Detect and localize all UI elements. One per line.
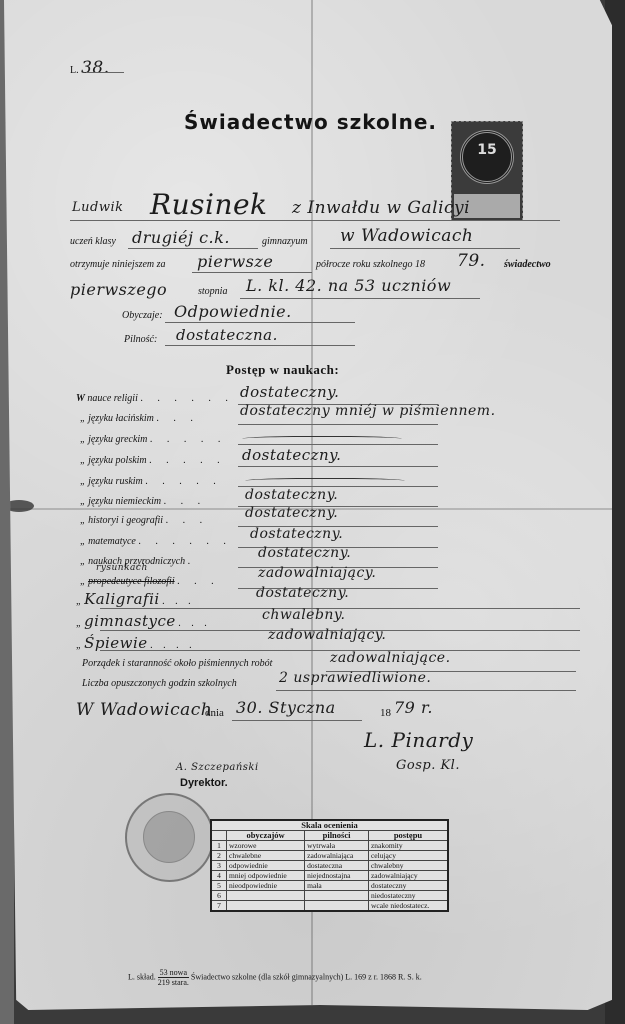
scale-row: 3 odpowiednie dostateczna chwalebny (211, 861, 448, 871)
scale-row: 2 chwalebne zadowalniająca celujący (211, 851, 448, 861)
term-middle-label: półrocze roku szkolnego 18 (316, 259, 425, 270)
scale-progress: dostateczny (368, 881, 448, 891)
scale-number: 6 (211, 891, 227, 901)
diligence-value: dostateczna. (176, 326, 278, 344)
date-year-value: 79 r. (394, 698, 433, 717)
rank-value: L. kl. 42. na 53 uczniów (246, 276, 451, 295)
subject-grade-gymnastics: chwalebny. (262, 607, 345, 623)
subject-grade-drawing: zadowalniający. (258, 565, 376, 581)
school-value: w Wadowicach (340, 226, 473, 246)
date-underline (232, 720, 362, 721)
subject-label: języku greckim (88, 434, 147, 445)
scale-conduct (227, 901, 305, 912)
dnia-label: dnia (205, 707, 224, 719)
date-day-month: 30. Styczna (236, 698, 336, 717)
subject-label: języku niemieckim (88, 496, 161, 507)
scale-number: 7 (211, 901, 227, 912)
scale-conduct: chwalebne (227, 851, 305, 861)
scale-progress: zadowalniający (368, 871, 448, 881)
scale-conduct (227, 891, 305, 901)
date-year-label: 18 (380, 707, 391, 719)
subject-label: Kaligrafii (84, 590, 160, 608)
gimnazyum-label: gimnazyum (262, 236, 308, 247)
progress-heading: Postęp w naukach: (226, 362, 339, 378)
scale-diligence (305, 901, 369, 912)
grade-line (238, 444, 438, 445)
subject-row-german: „ języku niemieckim . . . (80, 496, 206, 507)
student-origin: z Inwałdu w Galicyi (292, 198, 470, 218)
footer-fraction-bottom: 219 stara. (158, 978, 189, 987)
scale-conduct: odpowiednie (227, 861, 305, 871)
order-label: Porządek i staranność około piśmiennych … (82, 658, 272, 669)
scale-number: 1 (211, 841, 227, 851)
student-first-name: Ludwik (72, 200, 124, 215)
term-label: otrzymuje niniejszem za (70, 259, 166, 270)
class-label: uczeń klasy (70, 236, 116, 247)
scale-header-number (211, 831, 227, 841)
term-underline (192, 272, 312, 273)
class-value: drugiéj c.k. (132, 228, 230, 247)
name-line (70, 220, 560, 221)
print-footer: L. skład. 53 nowa 219 stara. Świadectwo … (128, 968, 422, 987)
scale-diligence: wytrwała (305, 841, 369, 851)
class-teacher-signature: L. Pinardy (364, 728, 473, 752)
order-value: zadowalniające. (330, 650, 451, 666)
subject-label: historyi i geografii (88, 515, 163, 526)
scale-conduct: mniej odpowiednie (227, 871, 305, 881)
scale-row: 4 mniej odpowiednie niejednostajna zadow… (211, 871, 448, 881)
subject-grade-natural-sciences: dostateczny. (258, 545, 351, 561)
stopnia-label: stopnia (198, 286, 227, 297)
subject-label: nauce religii (87, 393, 137, 404)
degree-value: pierwszego (70, 280, 167, 299)
scale-row: 7 wcale niedostatecz. (211, 901, 448, 912)
subject-row-greek: „ języku greckim . . . . . (80, 434, 226, 445)
rank-underline (240, 298, 480, 299)
subject-label-struck: propedeutyce filozofii (88, 576, 175, 587)
grade-line (238, 424, 438, 425)
subject-prefix: „ (80, 434, 86, 445)
scale-header-diligence: pilności (305, 831, 369, 841)
subject-row-religion: W nauce religii . . . . . . (76, 393, 234, 404)
document-number: L. 38. (70, 58, 110, 78)
subject-prefix: „ (76, 596, 82, 607)
subject-prefix: „ (80, 413, 86, 424)
subject-row-math: „ matematyce . . . . . . (80, 536, 232, 547)
subject-prefix: „ (80, 496, 86, 507)
document-title: Świadectwo szkolne. (184, 110, 437, 134)
swiadectwo-label: świadectwo (504, 259, 551, 270)
scale-row: 1 wzorowe wytrwała znakomity (211, 841, 448, 851)
subject-prefix: „ (80, 556, 86, 567)
scale-header-conduct: obyczajów (227, 831, 305, 841)
scale-header-progress: postępu (368, 831, 448, 841)
subject-grade-religion: dostateczny. (240, 383, 339, 401)
eagle-emblem-icon (143, 811, 195, 863)
subject-label: matematyce (88, 536, 136, 547)
scale-progress: chwalebny (368, 861, 448, 871)
subject-label: języku ruskim (88, 476, 143, 487)
official-seal (125, 793, 214, 882)
footer-fraction-top: 53 nowa (158, 968, 189, 978)
subject-row-ruthenian: „ języku ruskim . . . . . (80, 476, 222, 487)
scale-number: 4 (211, 871, 227, 881)
footer-sklad-label: L. skład. (128, 972, 156, 981)
subject-row-latin: „ języku łacińskim . . . (80, 413, 199, 424)
subject-prefix: „ (80, 515, 86, 526)
conduct-underline (165, 322, 355, 323)
scale-number: 5 (211, 881, 227, 891)
school-underline (330, 248, 520, 249)
subject-row-philosophy: „ propedeutyce filozofii . . . (80, 576, 220, 587)
number-label: L. (70, 65, 79, 76)
absence-label: Liczba opuszczonych godzin szkolnych (82, 678, 237, 689)
subject-label: języku polskim (88, 455, 147, 466)
subject-grade-polish: dostateczny. (242, 446, 341, 464)
subject-prefix: „ (80, 455, 86, 466)
subject-overwrite-drawing: rysunkach (96, 563, 148, 573)
scale-row: 6 niedostateczny (211, 891, 448, 901)
subject-row-history: „ historyi i geografii . . . (80, 515, 208, 526)
subject-prefix: „ (76, 618, 82, 629)
subject-grade-calligraphy: dostateczny. (256, 585, 349, 601)
subject-grade-latin: dostateczny mniéj w piśmiennem. (240, 403, 496, 419)
number-underline (86, 72, 124, 73)
footer-fraction: 53 nowa 219 stara. (158, 968, 189, 987)
scale-number: 3 (211, 861, 227, 871)
subject-grade-history: dostateczny. (245, 505, 338, 521)
scale-diligence: niejednostajna (305, 871, 369, 881)
year-value: 79. (457, 251, 486, 271)
scale-progress: znakomity (368, 841, 448, 851)
subject-row-calligraphy: „ Kaligrafii . . . (76, 590, 195, 608)
scale-row: 5 nieodpowiednie mała dostateczny (211, 881, 448, 891)
subject-prefix: „ (80, 476, 86, 487)
subject-grade-greek-dash (242, 436, 402, 443)
footer-text: Świadectwo szkolne (dla szkół gimnazyaln… (191, 972, 422, 981)
grading-scale-title: Skala ocenienia (211, 820, 448, 831)
conduct-value: Odpowiednie. (174, 302, 292, 321)
scale-conduct: nieodpowiednie (227, 881, 305, 891)
term-value: pierwsze (197, 252, 273, 271)
scale-progress: celujący (368, 851, 448, 861)
subject-grade-ruthenian-dash (245, 478, 405, 485)
number-value: 38. (81, 58, 110, 78)
scale-conduct: wzorowe (227, 841, 305, 851)
class-teacher-role: Gosp. Kl. (396, 758, 460, 773)
subject-grade-math: dostateczny. (250, 526, 343, 542)
absence-underline (276, 690, 576, 691)
grade-line (238, 466, 438, 467)
class-underline (128, 248, 258, 249)
student-surname: Rusinek (150, 188, 268, 221)
subject-prefix: „ (80, 576, 86, 587)
scale-diligence: zadowalniająca (305, 851, 369, 861)
conduct-label: Obyczaje: (122, 310, 163, 321)
scale-number: 2 (211, 851, 227, 861)
subject-grade-singing: zadowalniający. (268, 627, 386, 643)
scale-diligence: mała (305, 881, 369, 891)
stamp-value: 15 (452, 142, 522, 158)
subject-prefix: „ (80, 536, 86, 547)
subject-grade-german: dostateczny. (245, 487, 338, 503)
scale-progress: wcale niedostatecz. (368, 901, 448, 912)
director-signature: A. Szczepański (176, 762, 259, 773)
scale-progress: niedostateczny (368, 891, 448, 901)
scale-diligence (305, 891, 369, 901)
scale-diligence: dostateczna (305, 861, 369, 871)
diligence-label: Pilność: (124, 334, 157, 345)
subject-row-polish: „ języku polskim . . . . . (80, 455, 226, 466)
grading-scale-table: Skala ocenienia obyczajów pilności postę… (210, 819, 449, 912)
subject-prefix: W (76, 393, 85, 404)
diligence-underline (165, 345, 355, 346)
director-title: Dyrektor. (180, 777, 228, 789)
subject-prefix: „ (76, 640, 82, 651)
subject-label: języku łacińskim (88, 413, 154, 424)
subject-row-gymnastics: „ gimnastyce . . . (76, 612, 211, 630)
date-place: W Wadowicach (76, 700, 212, 720)
subject-label: gimnastyce (84, 612, 176, 630)
absence-value: 2 usprawiedliwione. (279, 670, 431, 686)
